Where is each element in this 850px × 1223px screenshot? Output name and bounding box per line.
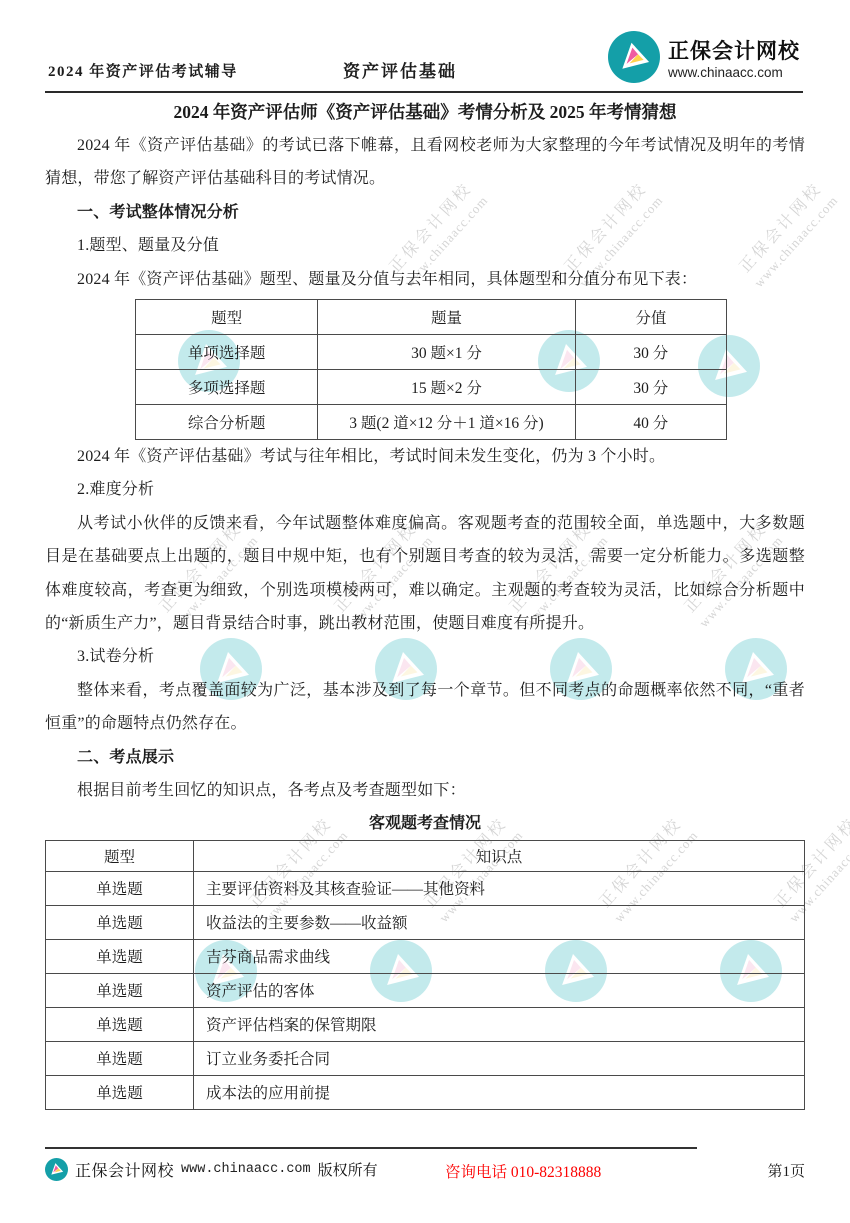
footer-copyright: 版权所有	[318, 1159, 378, 1180]
brand-logo-text: 正保会计网校 www.chinaacc.com	[668, 35, 800, 80]
section1-sub2-paragraph: 从考试小伙伴的反馈来看，今年试题整体难度偏高。客观题考查的范围较全面，单选题中，…	[45, 507, 805, 641]
table-row: 单选题 资产评估的客体	[46, 973, 805, 1007]
table-cell: 成本法的应用前提	[194, 1075, 805, 1109]
table-cell: 单项选择题	[136, 335, 318, 370]
table-row: 单选题 资产评估档案的保管期限	[46, 1007, 805, 1041]
table-cell: 单选题	[46, 973, 194, 1007]
brand-logo-icon	[45, 1158, 68, 1181]
table-cell: 单选题	[46, 1041, 194, 1075]
table-row: 单选题 订立业务委托合同	[46, 1041, 805, 1075]
table-row: 单选题 收益法的主要参数——收益额	[46, 905, 805, 939]
section1-sub2-heading: 2.难度分析	[45, 473, 805, 506]
page-footer: 正保会计网校 www.chinaacc.com 版权所有 咨询电话 010-82…	[45, 1156, 805, 1196]
table-cell: 综合分析题	[136, 405, 318, 440]
footer-divider	[45, 1147, 697, 1149]
knowledge-points-table: 题型 知识点 单选题 主要评估资料及其核查验证——其他资料 单选题 收益法的主要…	[45, 840, 805, 1110]
brand-logo-icon	[608, 31, 660, 83]
table-cell: 单选题	[46, 939, 194, 973]
table-row: 单项选择题 30 题×1 分 30 分	[136, 335, 727, 370]
table-cell: 单选题	[46, 871, 194, 905]
table-cell: 多项选择题	[136, 370, 318, 405]
header-divider	[45, 91, 803, 93]
document-content: 2024 年资产评估师《资产评估基础》考情分析及 2025 年考情猜想 2024…	[0, 97, 850, 1110]
table-row: 多项选择题 15 题×2 分 30 分	[136, 370, 727, 405]
score-distribution-table: 题型 题量 分值 单项选择题 30 题×1 分 30 分 多项选择题 15 题×…	[135, 299, 727, 440]
section2-paragraph: 根据目前考生回忆的知识点，各考点及考查题型如下：	[45, 774, 805, 807]
table-header-cell: 题型	[46, 840, 194, 871]
header-course-label: 2024 年资产评估考试辅导	[48, 60, 238, 81]
brand-url: www.chinaacc.com	[668, 65, 800, 80]
footer-phone: 咨询电话 010-82318888	[445, 1160, 601, 1182]
table-header-row: 题型 题量 分值	[136, 300, 727, 335]
table-cell: 30 分	[575, 370, 726, 405]
brand-name: 正保会计网校	[668, 35, 800, 65]
table-header-cell: 题型	[136, 300, 318, 335]
section1-sub3-paragraph: 整体来看，考点覆盖面较为广泛，基本涉及到了每一个章节。但不同考点的命题概率依然不…	[45, 674, 805, 741]
section1-sub1-paragraph: 2024 年《资产评估基础》题型、题量及分值与去年相同，具体题型和分值分布见下表…	[45, 263, 805, 296]
table-cell: 单选题	[46, 905, 194, 939]
table-cell: 订立业务委托合同	[194, 1041, 805, 1075]
table-cell: 3 题(2 道×12 分＋1 道×16 分)	[318, 405, 575, 440]
table-cell: 单选题	[46, 1007, 194, 1041]
table-cell: 收益法的主要参数——收益额	[194, 905, 805, 939]
table-header-cell: 题量	[318, 300, 575, 335]
table-cell: 30 分	[575, 335, 726, 370]
section1-sub1-heading: 1.题型、题量及分值	[45, 229, 805, 262]
footer-brand-block: 正保会计网校 www.chinaacc.com 版权所有	[45, 1158, 378, 1181]
section1-sub1-paragraph-after: 2024 年《资产评估基础》考试与往年相比，考试时间未发生变化，仍为 3 个小时…	[45, 440, 805, 473]
table-row: 单选题 主要评估资料及其核查验证——其他资料	[46, 871, 805, 905]
table-header-cell: 知识点	[194, 840, 805, 871]
section1-sub3-heading: 3.试卷分析	[45, 640, 805, 673]
table-row: 单选题 吉芬商品需求曲线	[46, 939, 805, 973]
table-cell: 主要评估资料及其核查验证——其他资料	[194, 871, 805, 905]
document-title: 2024 年资产评估师《资产评估基础》考情分析及 2025 年考情猜想	[45, 97, 805, 127]
section1-heading: 一、考试整体情况分析	[45, 196, 805, 229]
table-cell: 单选题	[46, 1075, 194, 1109]
page-header: 2024 年资产评估考试辅导 资产评估基础 正保会计网校 www.chinaac…	[0, 0, 850, 93]
document-page: 正保会计网校www.chinaacc.com正保会计网校www.chinaacc…	[0, 0, 850, 1223]
table-cell: 吉芬商品需求曲线	[194, 939, 805, 973]
footer-brand-name: 正保会计网校	[75, 1158, 174, 1181]
table-row: 综合分析题 3 题(2 道×12 分＋1 道×16 分) 40 分	[136, 405, 727, 440]
header-subject-label: 资产评估基础	[343, 57, 457, 82]
section2-heading: 二、考点展示	[45, 741, 805, 774]
table-cell: 30 题×1 分	[318, 335, 575, 370]
table-cell: 40 分	[575, 405, 726, 440]
footer-brand-url: www.chinaacc.com	[181, 1162, 311, 1177]
objective-table-title: 客观题考查情况	[45, 810, 805, 838]
table-header-cell: 分值	[575, 300, 726, 335]
table-cell: 15 题×2 分	[318, 370, 575, 405]
footer-page-number: 第1页	[767, 1160, 805, 1181]
table-row: 单选题 成本法的应用前提	[46, 1075, 805, 1109]
intro-paragraph: 2024 年《资产评估基础》的考试已落下帷幕，且看网校老师为大家整理的今年考试情…	[45, 129, 805, 196]
table-cell: 资产评估的客体	[194, 973, 805, 1007]
table-cell: 资产评估档案的保管期限	[194, 1007, 805, 1041]
brand-logo: 正保会计网校 www.chinaacc.com	[608, 31, 800, 83]
table-header-row: 题型 知识点	[46, 840, 805, 871]
